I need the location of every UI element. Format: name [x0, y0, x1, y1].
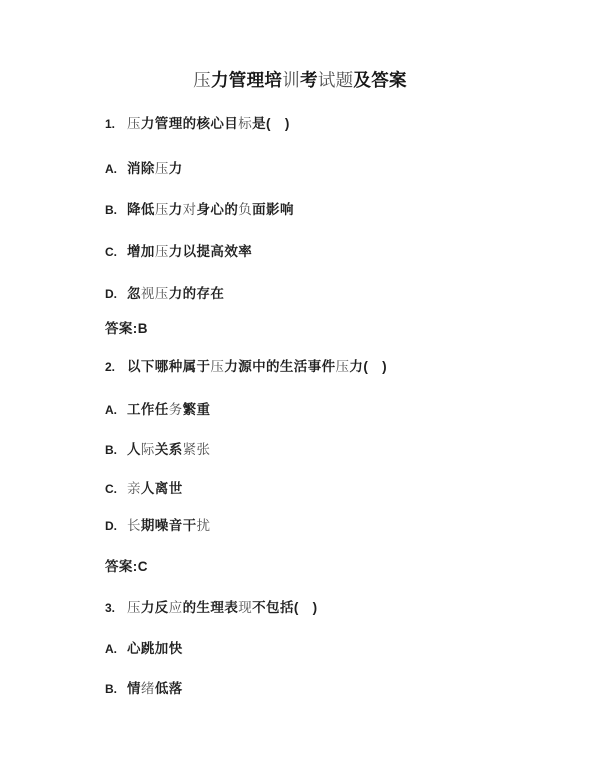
- line-prefix: B.: [105, 442, 127, 458]
- page-title: 压力管理培训考试题及答案: [0, 69, 600, 91]
- text-segment: 身心的: [197, 202, 239, 217]
- text-segment: 应: [169, 600, 183, 615]
- text-segment: 不包括( ): [252, 600, 317, 615]
- text-segment: 扰: [197, 518, 211, 533]
- text-segment: 人离世: [141, 481, 183, 496]
- text-segment: 力的存在: [169, 286, 225, 301]
- text-segment: 压: [155, 244, 169, 259]
- text-segment: 答案:B: [105, 321, 148, 336]
- text-segment: 增加: [127, 244, 155, 259]
- text-segment: 视压: [141, 286, 169, 301]
- text-segment: 绪: [141, 681, 155, 696]
- q2-option-c: C.亲人离世: [105, 481, 183, 497]
- text-segment: 压: [127, 600, 141, 615]
- text-segment: 试题: [318, 70, 354, 90]
- text-segment: 及答案: [353, 70, 406, 90]
- line-prefix: 1.: [105, 116, 127, 132]
- text-segment: 力: [169, 202, 183, 217]
- text-segment: 对: [183, 202, 197, 217]
- text-segment: 低落: [155, 681, 183, 696]
- q3-option-a: A.心跳加快: [105, 641, 183, 657]
- q2-answer: 答案:C: [105, 559, 148, 575]
- question-2: 2.以下哪种属于压力源中的生活事件压力( ): [105, 359, 387, 375]
- text-segment: 压: [155, 202, 169, 217]
- text-segment: 人: [127, 442, 141, 457]
- text-segment: 力: [169, 161, 183, 176]
- q1-option-d: D.忽视压力的存在: [105, 286, 224, 302]
- text-segment: 答案:C: [105, 559, 148, 574]
- text-segment: 力源中的生活事件: [224, 359, 335, 374]
- line-prefix: 3.: [105, 600, 127, 616]
- text-segment: 亲: [127, 481, 141, 496]
- q1-option-c: C.增加压力以提高效率: [105, 244, 252, 260]
- text-segment: 降低: [127, 202, 155, 217]
- text-segment: 的生理表: [183, 600, 239, 615]
- text-segment: 压: [210, 359, 224, 374]
- q3-option-b: B.情绪低落: [105, 681, 183, 697]
- text-segment: 力管理的核心目: [141, 116, 238, 131]
- text-segment: 务: [169, 402, 183, 417]
- line-prefix: D.: [105, 518, 127, 534]
- text-segment: 是( ): [252, 116, 290, 131]
- text-segment: 压: [155, 161, 169, 176]
- q2-option-d: D.长期噪音干扰: [105, 518, 210, 534]
- text-segment: 长: [127, 518, 141, 533]
- text-segment: 力( ): [349, 359, 387, 374]
- question-1: 1.压力管理的核心目标是( ): [105, 116, 290, 132]
- text-segment: 训: [282, 70, 300, 90]
- q1-option-a: A.消除压力: [105, 161, 183, 177]
- text-segment: 消除: [127, 161, 155, 176]
- text-segment: 考: [300, 70, 318, 90]
- line-prefix: B.: [105, 681, 127, 697]
- line-prefix: 2.: [105, 359, 127, 375]
- text-segment: 紧张: [183, 442, 211, 457]
- text-segment: 现: [238, 600, 252, 615]
- q1-option-b: B.降低压力对身心的负面影响: [105, 202, 294, 218]
- q2-option-b: B.人际关系紧张: [105, 442, 210, 458]
- line-prefix: C.: [105, 481, 127, 497]
- question-3: 3.压力反应的生理表现不包括( ): [105, 600, 318, 616]
- text-segment: 以下哪种属于: [127, 359, 210, 374]
- text-segment: 力以提高效率: [169, 244, 252, 259]
- q1-answer: 答案:B: [105, 321, 148, 337]
- text-segment: 繁重: [183, 402, 211, 417]
- text-segment: 压: [127, 116, 141, 131]
- text-segment: 工作任: [127, 402, 169, 417]
- text-segment: 忽: [127, 286, 141, 301]
- line-prefix: A.: [105, 161, 127, 177]
- text-segment: 际: [141, 442, 155, 457]
- text-segment: 心跳加快: [127, 641, 183, 656]
- text-segment: 情: [127, 681, 141, 696]
- line-prefix: A.: [105, 641, 127, 657]
- text-segment: 力管理培: [211, 70, 282, 90]
- q2-option-a: A.工作任务繁重: [105, 402, 210, 418]
- text-segment: 面影响: [252, 202, 294, 217]
- line-prefix: C.: [105, 244, 127, 260]
- line-prefix: D.: [105, 286, 127, 302]
- text-segment: 负: [238, 202, 252, 217]
- text-segment: 力反: [141, 600, 169, 615]
- text-segment: 期噪音干: [141, 518, 197, 533]
- text-segment: 关系: [155, 442, 183, 457]
- text-segment: 压: [336, 359, 350, 374]
- text-segment: 标: [238, 116, 252, 131]
- document-page: 压力管理培训考试题及答案 1.压力管理的核心目标是( ) A.消除压力 B.降低…: [0, 0, 600, 776]
- line-prefix: A.: [105, 402, 127, 418]
- text-segment: 压: [193, 70, 211, 90]
- line-prefix: B.: [105, 202, 127, 218]
